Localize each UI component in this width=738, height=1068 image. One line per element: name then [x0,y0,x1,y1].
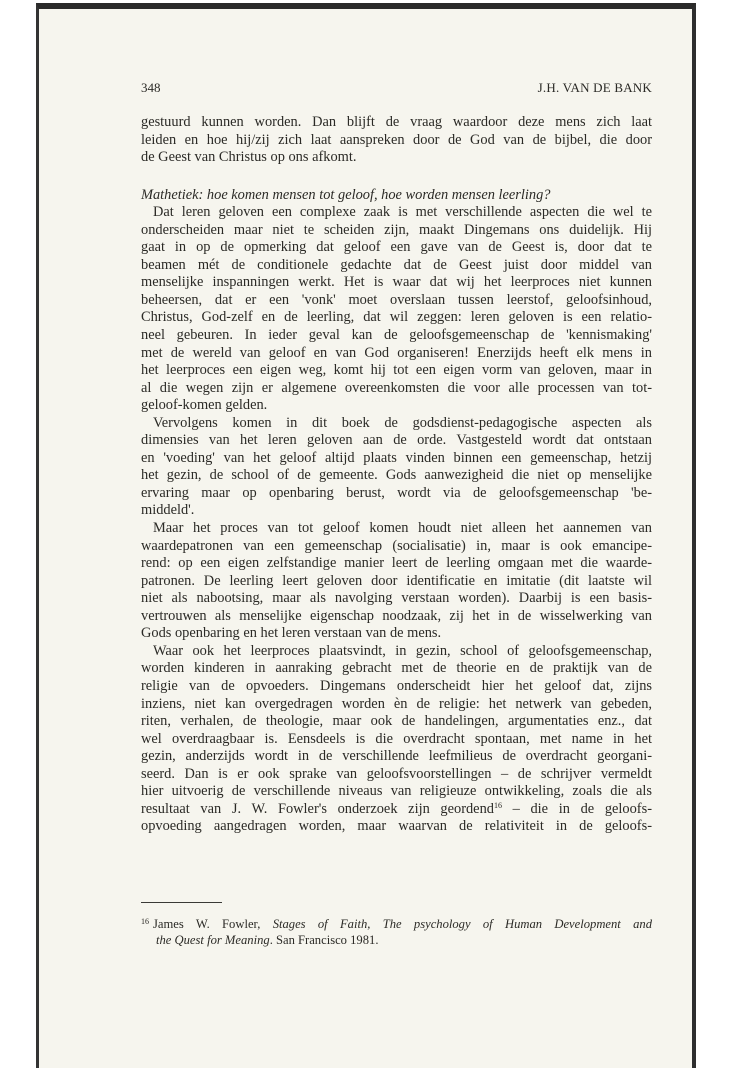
text-line: Vervolgens komen in dit boek de godsdien… [141,415,652,433]
paragraph-3: Vervolgens komen in dit boek de godsdien… [141,415,652,520]
text-line: waardepatronen van een gemeenschap (soci… [141,538,652,556]
page-header: 348 J.H. VAN DE BANK [141,80,652,98]
text-line: Gods openbaring en het leren verstaan va… [141,625,652,643]
text-line: onderscheiden maar niet te scheiden zijn… [141,222,652,240]
text-segment: – die in de geloofs- [502,801,652,817]
text-line: gestuurd kunnen worden. Dan blijft de vr… [141,114,652,132]
text-line: hier uitvoerig de verschillende niveaus … [141,783,652,801]
text-line: inziens, niet kan overgedragen worden èn… [141,696,652,714]
text-line: rend: op een eigen zelfstandige manier l… [141,555,652,573]
page-number: 348 [141,80,161,96]
text-line: met de wereld van geloof en van God orga… [141,345,652,363]
text-line: ervaring maar op openbaring berust, word… [141,485,652,503]
text-line: wel overdraagbaar is. Eensdeels is die o… [141,731,652,749]
text-line: Maar het proces van tot geloof komen hou… [141,520,652,538]
paragraph-4: Maar het proces van tot geloof komen hou… [141,520,652,643]
footnote: 16James W. Fowler, Stages of Faith, The … [141,914,652,948]
text-line: het leerproces een eigen weg, komt hij t… [141,362,652,380]
section-heading: Mathetiek: hoe komen mensen tot geloof, … [141,187,652,205]
text-line: riten, verhalen, de theologie, maar ook … [141,713,652,731]
text-line: niet als nabootsing, maar als navolging … [141,590,652,608]
footnote-title: Stages of Faith, The psychology of Human… [273,917,652,931]
text-line: worden kinderen in aanraking gebracht me… [141,660,652,678]
footnote-reference[interactable]: 16 [494,801,502,810]
text-line: middeld'. [141,502,652,520]
text-line: gaat in op de opmerking dat geloof een g… [141,239,652,257]
text-line: Christus, God-zelf en de leerling, dat w… [141,309,652,327]
body-text: gestuurd kunnen worden. Dan blijft de vr… [141,114,652,836]
text-line: seerd. Dan is er ook sprake van geloofsv… [141,766,652,784]
text-line: gezin, anderzijds wordt in de verschille… [141,748,652,766]
text-line: leiden en hoe hij/zij zich laat aansprek… [141,132,652,150]
text-line: patronen. De leerling leert geloven door… [141,573,652,591]
text-line: beamen mét de conditionele gedachte dat … [141,257,652,275]
paragraph-2: Dat leren geloven een complexe zaak is m… [141,204,652,415]
text-line: beheersen, dat er een 'vonk' moet oversl… [141,292,652,310]
text-line: de Geest van Christus op ons afkomt. [141,149,652,167]
footnote-rule [141,902,222,903]
text-line: al die wegen zijn er algemene overeenkom… [141,380,652,398]
text-line: Dat leren geloven een complexe zaak is m… [141,204,652,222]
footnote-number: 16 [141,917,149,926]
paragraph-5: Waar ook het leerproces plaatsvindt, in … [141,643,652,836]
text-line: geloof-komen gelden. [141,397,652,415]
footnote-author: James W. Fowler, [153,917,273,931]
running-head: J.H. VAN DE BANK [538,80,652,96]
text-line: menselijke inspanningen werkt. Het is wa… [141,274,652,292]
text-line: vertrouwen als menselijke eigenschap noo… [141,608,652,626]
text-line: dimensies van het leren geloven aan de o… [141,432,652,450]
text-line: religie van de opvoeders. Dingemans onde… [141,678,652,696]
footnote-line-1: 16James W. Fowler, Stages of Faith, The … [141,914,652,932]
footnote-title-cont: the Quest for Meaning [156,933,270,947]
text-segment: resultaat van J. W. Fowler's onderzoek z… [141,801,494,817]
text-line: Waar ook het leerproces plaatsvindt, in … [141,643,652,661]
footnote-line-2: the Quest for Meaning. San Francisco 198… [141,932,652,948]
text-line: en 'voeding' van het geloof altijd plaat… [141,450,652,468]
text-line: opvoeding aangedragen worden, maar waarv… [141,818,652,836]
text-line: het gezin, de school of de gemeente. God… [141,467,652,485]
footnote-publication: . San Francisco 1981. [270,933,379,947]
text-line: neel gebeuren. In ieder geval kan de gel… [141,327,652,345]
paragraph-1: gestuurd kunnen worden. Dan blijft de vr… [141,114,652,167]
text-line-with-footnote-ref: resultaat van J. W. Fowler's onderzoek z… [141,801,652,819]
